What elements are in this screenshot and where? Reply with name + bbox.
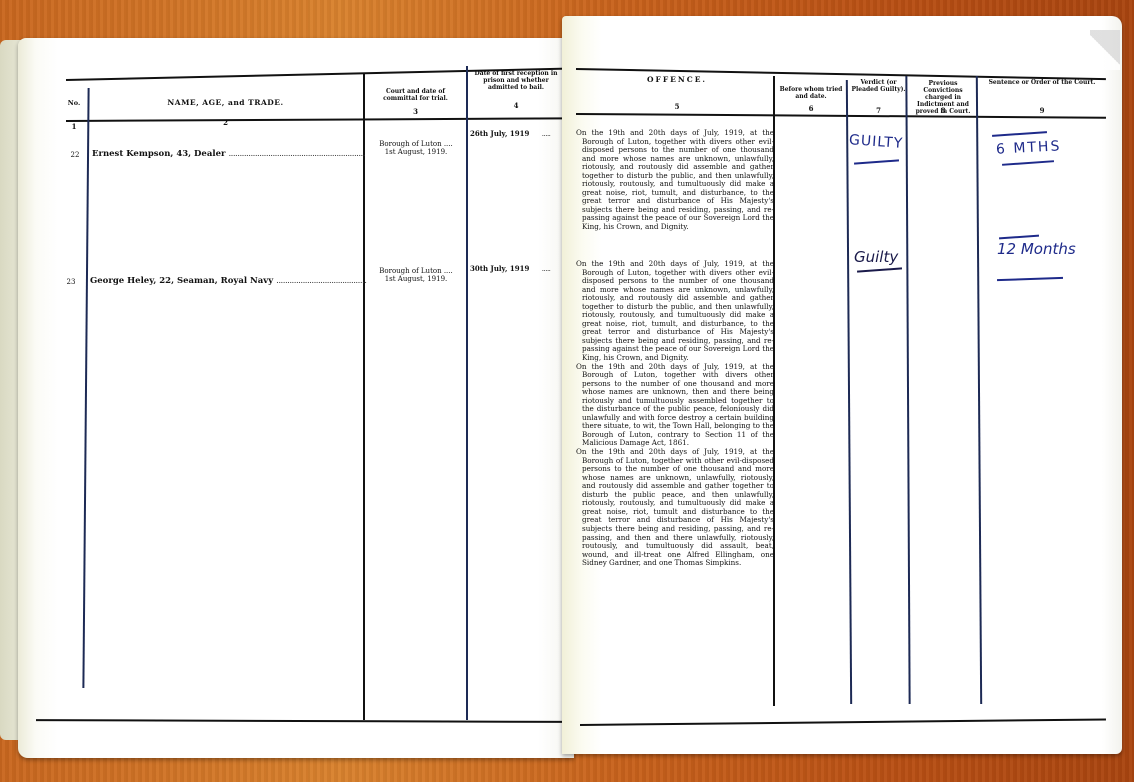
header-num-9: 9 bbox=[982, 106, 1102, 115]
header-num-4: 4 bbox=[469, 101, 563, 110]
sentence-underline bbox=[997, 277, 1063, 281]
column-divider bbox=[82, 88, 89, 688]
court-committal: Borough of Luton .... 1st August, 1919. bbox=[368, 140, 464, 156]
header-court: Court and date of committal for trial. bbox=[373, 88, 458, 102]
footer-rule bbox=[36, 719, 568, 723]
verdict-handwritten: GUILTY bbox=[849, 132, 904, 152]
reception-date-text: 26th July, 1919 bbox=[470, 129, 529, 138]
column-divider bbox=[976, 76, 982, 704]
offence-count: On the 19th and 20th days of July, 1919,… bbox=[576, 129, 774, 232]
sentence-underline bbox=[1002, 160, 1054, 165]
header-num-8: 8 bbox=[910, 106, 976, 115]
entry-number: 22 bbox=[66, 151, 84, 160]
reception-date-text: 30th July, 1919 bbox=[470, 264, 529, 273]
prisoner-name-age-trade: George Heley, 22, Seaman, Royal Navy ...… bbox=[90, 276, 366, 286]
prisoner-name: George Heley, 22, Seaman, Royal Navy bbox=[90, 276, 273, 286]
footer-rule bbox=[580, 718, 1106, 726]
column-divider bbox=[466, 66, 468, 720]
sentence-handwritten: 12 Months bbox=[997, 240, 1076, 258]
reception-date: 26th July, 1919 ..... bbox=[470, 130, 564, 138]
header-reception: Date of first reception in prison and wh… bbox=[469, 70, 563, 91]
header-sentence: Sentence or Order of the Court. bbox=[982, 79, 1102, 86]
right-page: OFFENCE. 5 Before whom tried and date. 6… bbox=[562, 16, 1122, 754]
sentence-overline bbox=[992, 131, 1047, 136]
court-committal: Borough of Luton .... 1st August, 1919. bbox=[368, 267, 464, 283]
column-divider bbox=[363, 74, 365, 720]
verdict-handwritten: Guilty bbox=[854, 248, 898, 266]
prisoner-name-age-trade: Ernest Kempson, 43, Dealer .............… bbox=[92, 149, 365, 159]
committal-date: 1st August, 1919. bbox=[368, 148, 464, 156]
header-num-5: 5 bbox=[582, 102, 772, 111]
header-num-1: 1 bbox=[64, 122, 84, 131]
sentence-overline bbox=[999, 235, 1039, 239]
prisoner-name: Ernest Kempson, 43, Dealer bbox=[92, 149, 225, 159]
offence-count: On the 19th and 20th days of July, 1919,… bbox=[576, 448, 774, 568]
verdict-underline bbox=[854, 159, 899, 164]
committal-date: 1st August, 1919. bbox=[368, 275, 464, 283]
offence-count: On the 19th and 20th days of July, 1919,… bbox=[576, 363, 774, 448]
header-verdict: Verdict (or Pleaded Guilty). bbox=[851, 79, 906, 93]
column-divider bbox=[905, 76, 910, 704]
offence-count: On the 19th and 20th days of July, 1919,… bbox=[576, 260, 774, 363]
offence-text-entry-23: On the 19th and 20th days of July, 1919,… bbox=[576, 260, 774, 568]
left-page: No. 1 NAME, AGE, and TRADE. 2 Court and … bbox=[18, 38, 574, 758]
header-num-7: 7 bbox=[851, 106, 906, 115]
offence-text-entry-22: On the 19th and 20th days of July, 1919,… bbox=[576, 129, 774, 232]
header-num-3: 3 bbox=[373, 107, 458, 116]
column-divider bbox=[846, 80, 852, 704]
header-num-6: 6 bbox=[776, 104, 846, 113]
header-no: No. bbox=[64, 100, 84, 107]
court-name: Borough of Luton bbox=[379, 267, 441, 275]
reception-date: 30th July, 1919 ..... bbox=[470, 265, 564, 273]
header-name-age-trade: NAME, AGE, and TRADE. bbox=[88, 99, 363, 106]
court-name: Borough of Luton bbox=[379, 140, 441, 148]
header-offence: OFFENCE. bbox=[582, 76, 772, 83]
verdict-underline bbox=[857, 267, 902, 272]
header-tried-before: Before whom tried and date. bbox=[776, 86, 846, 100]
header-num-2: 2 bbox=[88, 118, 363, 127]
dot-leader: ........................................… bbox=[228, 149, 365, 159]
page-corner-fold bbox=[1090, 30, 1120, 70]
entry-number: 23 bbox=[62, 278, 80, 287]
dot-leader: ........................................… bbox=[276, 276, 366, 286]
sentence-handwritten: 6 MTHS bbox=[996, 138, 1062, 157]
